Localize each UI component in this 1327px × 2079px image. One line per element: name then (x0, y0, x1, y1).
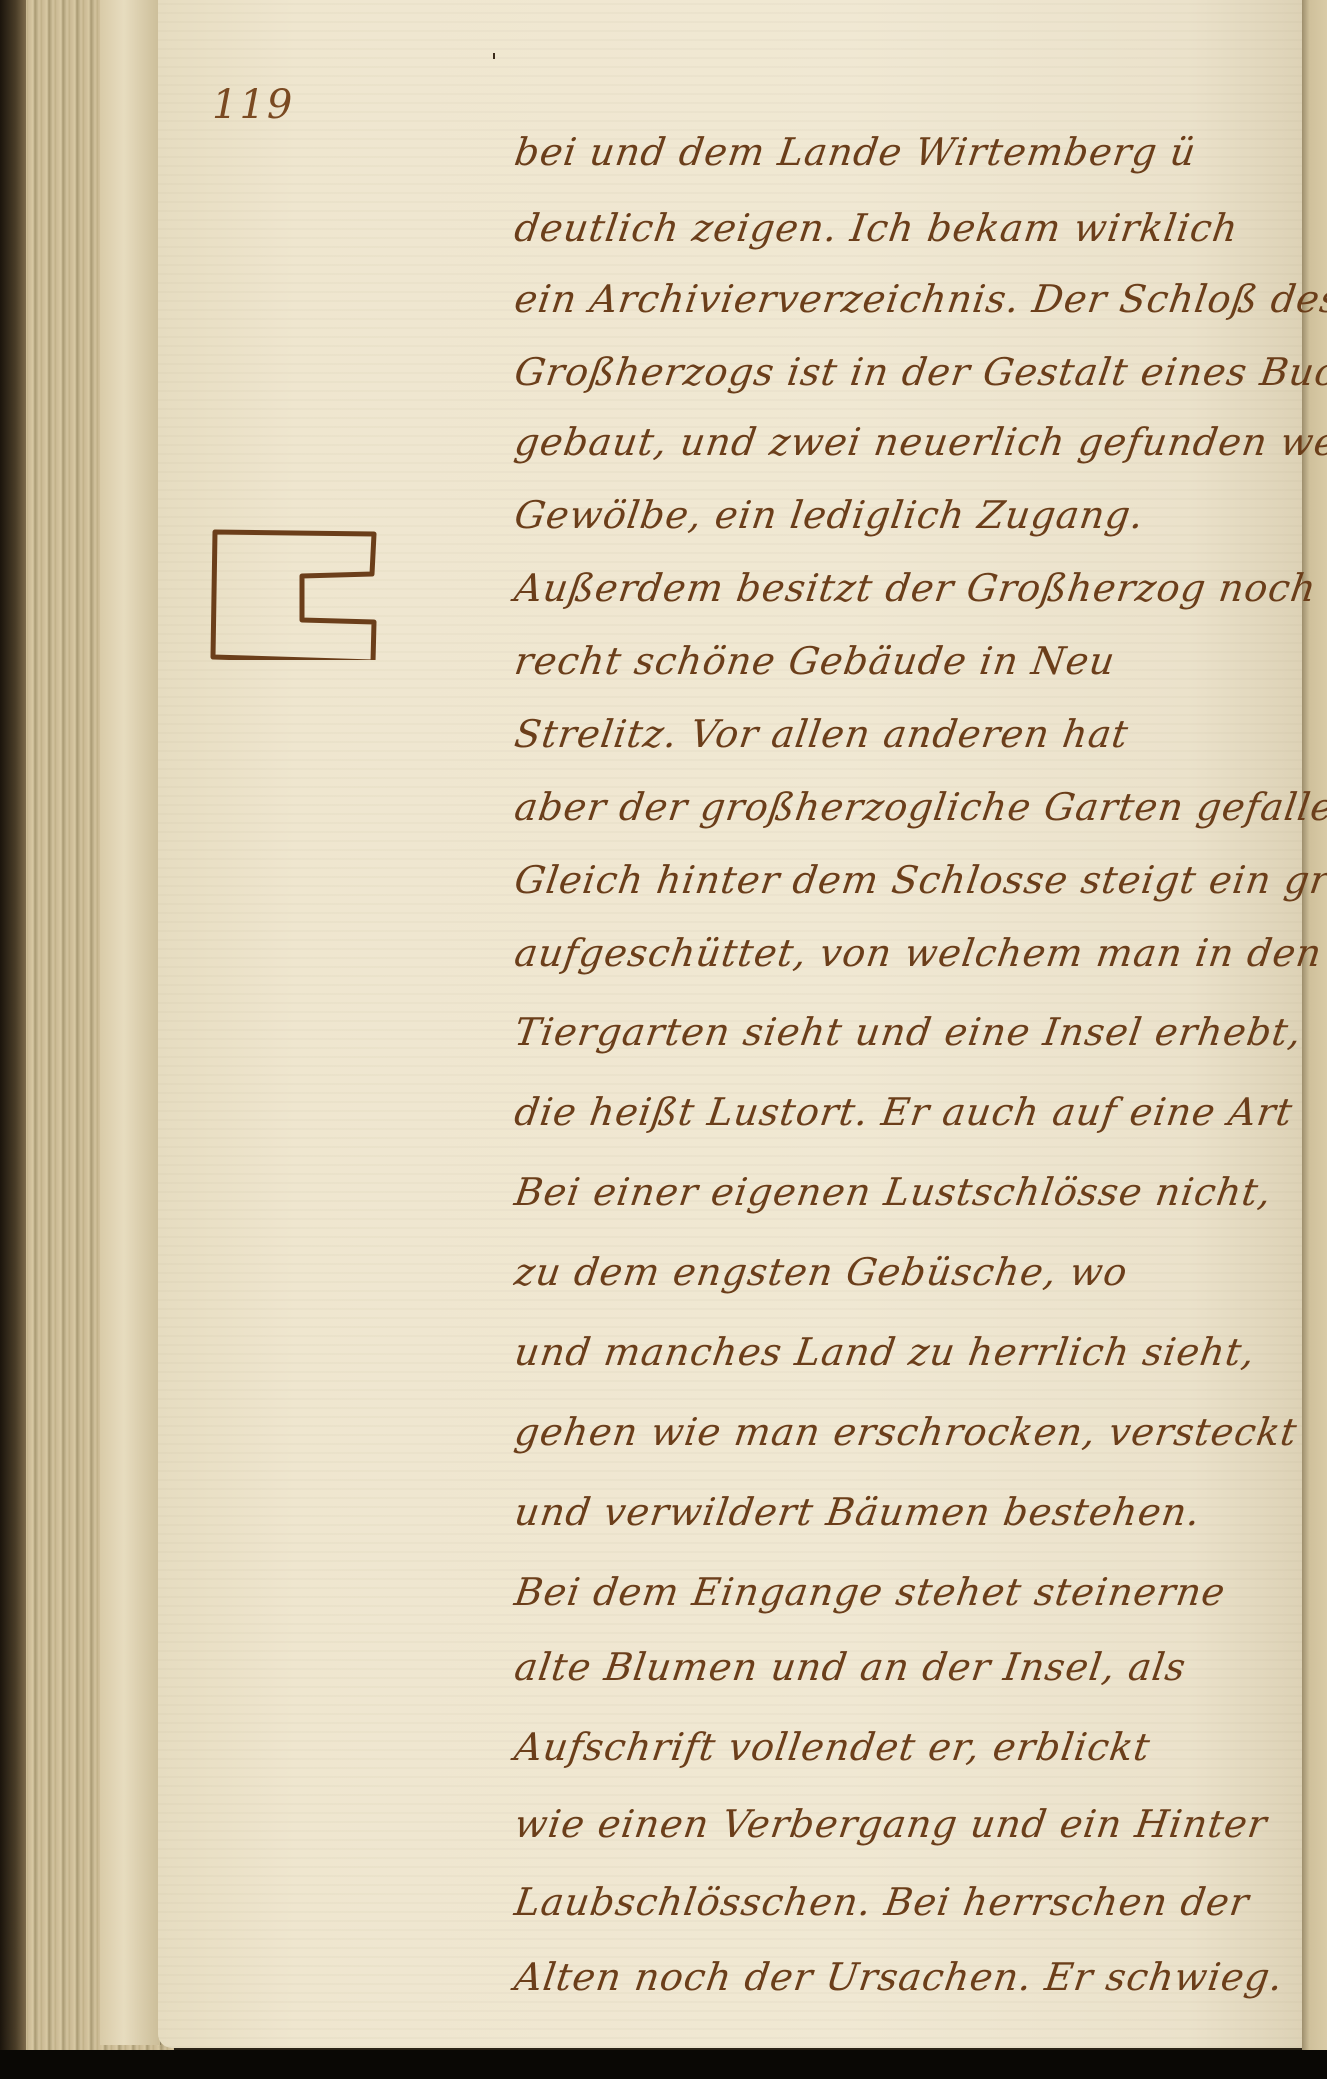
text-line: wie einen Verbergang und ein Hinter (512, 1802, 1270, 1846)
book-spread: 119 bei und dem Lande Wirtemberg ü deutl… (0, 0, 1327, 2052)
text-line: Laubschlösschen. Bei herrschen der (512, 1880, 1252, 1924)
text-line: aber der großherzogliche Garten gefallen… (512, 785, 1327, 829)
text-line: und verwildert Bäumen bestehen. (512, 1490, 1204, 1534)
text-line: Bei einer eigenen Lustschlösse nicht, (512, 1170, 1275, 1214)
text-line: Bei dem Eingange stehet steinerne (512, 1570, 1229, 1614)
page-fold (100, 0, 161, 2045)
text-line: und manches Land zu herrlich sieht, (512, 1330, 1258, 1374)
page-number: 119 (212, 82, 294, 128)
ink-speck (493, 53, 495, 59)
text-line: Außerdem besitzt der Großherzog noch (512, 566, 1320, 610)
text-line: gebaut, und zwei neuerlich gefunden werd… (512, 420, 1327, 464)
scan-background (0, 2050, 1327, 2079)
text-line: recht schöne Gebäude in Neu (512, 639, 1118, 683)
text-line: bei und dem Lande Wirtemberg ü (512, 130, 1199, 174)
text-line: alte Blumen und an der Insel, als (512, 1645, 1189, 1689)
text-line: deutlich zeigen. Ich bekam wirklich (512, 206, 1241, 250)
text-line: Großherzogs ist in der Gestalt eines Buc… (512, 350, 1327, 394)
text-line: Tiergarten sieht und eine Insel erhebt, (512, 1010, 1305, 1054)
floor-plan-sketch-icon (207, 520, 382, 660)
text-line: Gewölbe, ein lediglich Zugang. (512, 493, 1147, 537)
text-line: zu dem engsten Gebüsche, wo (512, 1250, 1131, 1294)
text-line: Strelitz. Vor allen anderen hat (512, 712, 1132, 756)
text-line: aufgeschüttet, von welchem man in den gr… (512, 931, 1327, 975)
text-line: Alten noch der Ursachen. Er schwieg. (512, 1955, 1286, 1999)
text-line: Aufschrift vollendet er, erblickt (512, 1725, 1153, 1769)
text-line: gehen wie man erschrocken, versteckt (512, 1410, 1300, 1454)
text-line: ein Archivierverzeichnis. Der Schloß des (512, 277, 1327, 321)
text-line: die heißt Lustort. Er auch auf eine Art (512, 1090, 1296, 1134)
book-cover-edge (0, 0, 26, 2050)
text-line: Gleich hinter dem Schlosse steigt ein gr… (512, 858, 1327, 902)
